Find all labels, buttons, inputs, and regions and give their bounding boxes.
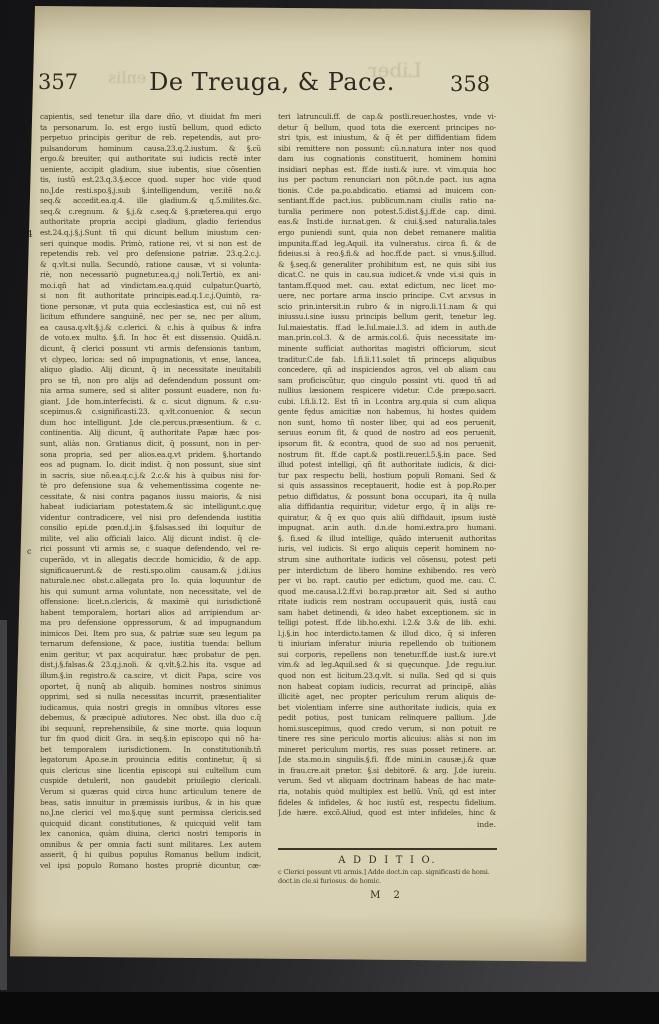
- text-line: est.24.q.j.§.j.Sunt tñ qui dicunt bellum…: [40, 228, 261, 239]
- text-line: quicquid dicant constitutiones, & quicqu…: [40, 819, 261, 830]
- text-line: tè pro defensione sua & vehementissima c…: [40, 481, 261, 492]
- text-line: no.J.ne clerici vel mo.§.quę sunt permis…: [40, 808, 261, 819]
- text-line: eos ad pugnam. Io. dicit indist. q̃ non …: [40, 460, 261, 471]
- additio-line: doct.in cle.si furiosus. de homic.: [278, 877, 503, 886]
- text-line: vel ipsi populo Romano hostes propriè di…: [40, 861, 261, 872]
- text-line: opprimi, sed si nulla necessitas incurri…: [40, 692, 261, 703]
- text-line: l.j.§.in hoc interdicto.tamen & illud di…: [278, 629, 496, 640]
- text-line: §. fi.sed & illud intellige, quãdo inter…: [278, 534, 496, 545]
- text-line: oportet, q̃ nunq̃ ab aliquib. homines no…: [40, 682, 261, 693]
- text-line: sam habet detinendi, & ideo habet except…: [278, 608, 496, 619]
- text-line: vim.& ad leg.Aquil.sed & si quęcunque. J…: [278, 660, 496, 671]
- text-line: si quis assassinos receptauerit, hodie e…: [278, 481, 496, 492]
- show-through-text: enlis: [108, 68, 146, 87]
- text-line: ti iniuriam inferatur iniuria repellendo…: [278, 639, 496, 650]
- text-line: & q.vlt.si nulla. Secundò, ratione causæ…: [40, 260, 261, 271]
- text-line: rici possunt vti armis se, c suaque defe…: [40, 544, 261, 555]
- text-line: alia diffidantia requiritur, videtur erg…: [278, 502, 496, 513]
- text-line: dist.j.§.falsas.& 23.q.j.noli. & q.vlt.§…: [40, 660, 261, 671]
- text-line: his qui sumunt arma voluntate, non neces…: [40, 587, 261, 598]
- text-line: inimicos Dei. Item pro sua, & patriæ suæ…: [40, 629, 261, 640]
- text-line: capientis, sed tenetur illa dare dño, vt…: [40, 112, 261, 123]
- text-line: perpetuo principis geritur de reb. repet…: [40, 133, 261, 144]
- text-line: seri quinque modis. Primò, ratione rei, …: [40, 239, 261, 250]
- text-line: offensione: licet.n.clericis, & maximè q…: [40, 597, 261, 608]
- text-line: ergo.& breuiter, qui authoritate sui iud…: [40, 154, 261, 165]
- text-line: seq.& c.regnum. & §.j.& c.seq.& §.præter…: [40, 207, 261, 218]
- text-line: minente sufficiat authoritas magistri of…: [278, 344, 496, 355]
- text-column-right: teri latrunculi.ff. de cap.& postli.reue…: [278, 112, 496, 819]
- text-line: man.prin.col.3. & de armis.col.6. q̃uis …: [278, 333, 496, 344]
- text-line: ea causa.q.vlt.§.j.& c.clerici. & c.his …: [40, 323, 261, 334]
- text-line: pro se tñ, non pro alijs ad defendendum …: [40, 376, 261, 387]
- text-line: ritate iudicis rem nostram occupauerit q…: [278, 597, 496, 608]
- text-line: si non fit authoritate principis.ead.q.1…: [40, 291, 261, 302]
- text-line: habent temporalem, hortari alios ad arri…: [40, 608, 261, 619]
- text-line: cessitate, & nisi contra paganos iussu m…: [40, 492, 261, 503]
- text-line: de voto.ex multo. §.fi. In hoc ẽt est di…: [40, 333, 261, 344]
- text-line: per interdictum de libero homine exhiben…: [278, 566, 496, 577]
- text-line: tis, iustũ est.23.q.3.§.ecce quod. super…: [40, 175, 261, 186]
- text-line: tione personæ, vt puta quia ecclesiastic…: [40, 302, 261, 313]
- text-line: nostrum fit. ff.de capt.& postli.reuer.l…: [278, 450, 496, 461]
- text-line: milite, vel alio officiali laico. Alij d…: [40, 534, 261, 545]
- text-line: ria, notabis quòd multiplex est bellũ. V…: [278, 787, 496, 798]
- text-line: scio prin.intersit.in rubro & in nigro.l…: [278, 302, 496, 313]
- text-line: nia arma sumere, sed si aliter possunt e…: [40, 386, 261, 397]
- text-line: strum sine authoritate iudicis vel cõsen…: [278, 555, 496, 566]
- running-title: De Treuga, & Pace.: [142, 68, 402, 96]
- text-line: sui corporis, repellens non tenetur.ff.d…: [278, 650, 496, 661]
- text-line: quod non est licitum.23.q.vlt. si nulla.…: [278, 671, 496, 682]
- text-line: debemus, & præcipuè adiutores. Nec obst.…: [40, 713, 261, 724]
- text-line: no.J.de resti.spo.§.j.sub §.intelligendu…: [40, 186, 261, 197]
- text-line: ipsorum fit. & econtra, quod de suo ad n…: [278, 439, 496, 450]
- text-line: iudicamus, quia nostri gregis in omnibus…: [40, 703, 261, 714]
- text-line: repetendis reb. vel pro defensione patri…: [40, 249, 261, 260]
- text-line: Iul.maiestatis. ff.ad le.Iul.maie.l.3. a…: [278, 323, 496, 334]
- text-line: ma pro defensione oppressorum, & ad impu…: [40, 618, 261, 629]
- text-line: lex canonica, quàm diuina, clerici nostr…: [40, 829, 261, 840]
- text-line: licitum effundere sanguinẽ, nec per se, …: [40, 312, 261, 323]
- text-line: enim geritur, vt pax acquiratur. hæc pro…: [40, 650, 261, 661]
- additio-note: c Clerici possunt vti armis.] Adde doct.…: [278, 868, 503, 886]
- text-line: asserit, q̃ hi quibus populus Romanus be…: [40, 850, 261, 861]
- text-line: tionis. C.de pa.po.abdicatio. etiamsi ad…: [278, 186, 496, 197]
- text-line: omnibus & per omnia facti sunt militares…: [40, 840, 261, 851]
- text-line: seruus eorum fit, & quod de nostro ad eo…: [278, 428, 496, 439]
- text-line: tur pax respectu belli, hostium populi R…: [278, 471, 496, 482]
- page-number-right: 358: [450, 72, 490, 96]
- text-line: illicitè aget, nec propter periculum rer…: [278, 692, 496, 703]
- text-line: stri tpis, est iniustum, & q̃ ẽt per dif…: [278, 133, 496, 144]
- additio-line: c Clerici possunt vti armis.] Adde doct.…: [278, 868, 503, 877]
- text-line: fideius.si à reo.§.fi.& ad hoc.ff.de pac…: [278, 249, 496, 260]
- text-line: & §.seq.& generaliter prohibitum est, ne…: [278, 260, 496, 271]
- text-line: sunt, aliàs non. Gratianus dicit, q̃ pos…: [40, 439, 261, 450]
- text-line: mineret periculum mortis, res suas posse…: [278, 745, 496, 756]
- text-line: dam ius cognationis constituerit, homine…: [278, 154, 496, 165]
- text-line: ternarum defensione, & pace, iustitia tu…: [40, 639, 261, 650]
- text-line: uere, nec portare arma inscio principe. …: [278, 291, 496, 302]
- margin-mark-c: c: [27, 547, 31, 556]
- text-line: scepimus.& c.significasti.23. q.vlt.conu…: [40, 407, 261, 418]
- text-line: tur fm quod dicit Gra. in seq.§.in episc…: [40, 734, 261, 745]
- text-line: dum hoc intelligunt. J.de cle.percus.præ…: [40, 418, 261, 429]
- text-line: cuperãdo, vt in allegatis decr.de homici…: [40, 555, 261, 566]
- text-line: illud potest intelligi, qñ fit authorita…: [278, 460, 496, 471]
- text-line: habeat iudiciariam potestatem.& sic inte…: [40, 502, 261, 513]
- text-line: illum.§.in registro.& ca.scire, vt dicit…: [40, 671, 261, 682]
- text-column-left: capientis, sed tenetur illa dare dño, vt…: [40, 112, 261, 871]
- text-line: tinere res sine periculo mortis alicuius…: [278, 734, 496, 745]
- text-line: sam proficiscũtur, quo cingulo possint v…: [278, 376, 496, 387]
- text-line: quis clericus sine licentia episcopi sui…: [40, 766, 261, 777]
- text-line: mo.i.qñ hat ad vindictam.ea.q.quid culpa…: [40, 281, 261, 292]
- text-line: bet violentiam inferre sine authoritate …: [278, 703, 496, 714]
- text-line: sentiant.ff.de pact.ius. publicum.nam ci…: [278, 196, 496, 207]
- text-line: teri latrunculi.ff. de cap.& postli.reue…: [278, 112, 496, 123]
- text-line: beas, satis innuitur in præmissis iuribu…: [40, 798, 261, 809]
- text-line: naturale.nec obst.c.allegata pro Io. qui…: [40, 576, 261, 587]
- text-line: traditur.C.de fab. l.fi.li.11.solet tñ p…: [278, 355, 496, 366]
- text-line: cubi. l.fi.li.12. Est tñ in l.contra arg…: [278, 397, 496, 408]
- text-line: tantam.ff.quod met. cau. extat edictum, …: [278, 281, 496, 292]
- text-line: giant. J.de hom.interfecisti. & c. sicut…: [40, 397, 261, 408]
- text-line: bet temporalem iurisdictionem. In consti…: [40, 745, 261, 756]
- text-line: dicat.C. ne quis in cau.sua iudicet.& vn…: [278, 270, 496, 281]
- text-line: fideles & infideles, & hoc iustũ est, re…: [278, 798, 496, 809]
- text-line: seq.& accedit.ea.q.4. ille gladium.& q.5…: [40, 196, 261, 207]
- text-line: insidiari nephas est. ff.de iusti.& iure…: [278, 165, 496, 176]
- text-line: detur q̃ bellum, quod tota die exercent …: [278, 123, 496, 134]
- text-line: ibi sequunt̃, reprehensibile, & sine mor…: [40, 724, 261, 735]
- text-line: concedere, qñ ad inspiciendos agros, vel…: [278, 365, 496, 376]
- text-line: eas.& Insti.de iur.nat.gen. & ciui.§.sed…: [278, 217, 496, 228]
- book-page: enlis Liber 357 De Treuga, & Pace. 358 4…: [10, 6, 592, 963]
- catchword: inde.: [278, 820, 496, 829]
- section-rule: [278, 848, 497, 850]
- text-line: quod me.causa.l.2.ff.vi bo.rap.prætor ai…: [278, 587, 496, 598]
- text-line: sona propria, sed per alios.ea.q.vt prid…: [40, 450, 261, 461]
- signature-mark: M 2: [278, 890, 497, 901]
- text-line: pedit potius, post tunicam relinquere pa…: [278, 713, 496, 724]
- text-line: Verum si quæras quid circa hunc articulu…: [40, 787, 261, 798]
- text-line: vt clypeo, lorica: sed nõ impugnationis,…: [40, 355, 261, 366]
- text-line: iniussu.i.sine iussu principis bellum ge…: [278, 312, 496, 323]
- text-line: in frau.cre.ait prætor. §.si debitorẽ. &…: [278, 766, 496, 777]
- text-line: petuo diffidatus, & possunt bona occupar…: [278, 492, 496, 503]
- text-line: impugnat. ar.in auth. d.n.de homi.extra.…: [278, 523, 496, 534]
- text-line: nullius læsionem respicere videtur. C.de…: [278, 386, 496, 397]
- text-line: ergo puniendi sunt, quia non debet reman…: [278, 228, 496, 239]
- text-line: ta personarum. Io. est ergo iustũ bellum…: [40, 123, 261, 134]
- text-line: iuris, vel iudicis. Si ergo aliquis cepe…: [278, 544, 496, 555]
- text-line: per vi bo. rapt. cautio per edictum, quo…: [278, 576, 496, 587]
- text-line: continentia. Alij dicunt, q̃ authoritate…: [40, 428, 261, 439]
- text-line: authoritate propria accipi gladium, glad…: [40, 217, 261, 228]
- text-line: homi.suscepimus, quod credo verum, si no…: [278, 724, 496, 735]
- text-line: turalia perimere non potest.5.dist.§.j.f…: [278, 207, 496, 218]
- text-line: J.de hære. excõ.Aliud, quod est inter in…: [278, 808, 496, 819]
- scanned-book-page-photo: enlis Liber 357 De Treuga, & Pace. 358 4…: [0, 0, 659, 1024]
- text-line: cuspide detulerit, non gaudebit priuileg…: [40, 776, 261, 787]
- text-line: videntur contradicere, vel nisi pro defe…: [40, 513, 261, 524]
- text-line: significauerunt.& de resti.spo.olim caus…: [40, 566, 261, 577]
- text-line: gente fędus amicitiæ non habemus, hi hos…: [278, 407, 496, 418]
- additio-heading: A D D I T I O.: [278, 855, 497, 866]
- text-line: pulsandorum hominum causa.23.q.2.iustum.…: [40, 144, 261, 155]
- text-line: aliquo gladio. Alij dicunt, q̃ in necess…: [40, 365, 261, 376]
- text-line: dicunt, q̃ clerici possunt vti armis def…: [40, 344, 261, 355]
- text-line: consilio epi.de pœn.d.j.in §.falsas.sed …: [40, 523, 261, 534]
- text-line: legatorum Apo.se.in prouincia editis con…: [40, 755, 261, 766]
- page-number-left: 357: [38, 70, 78, 94]
- text-line: impunita.ff.ad leg.Aquil. ita vulneratus…: [278, 239, 496, 250]
- book-edge-shadow: [0, 620, 7, 990]
- text-line: riè, non necessariò pugnetur.ea.q.j noli…: [40, 270, 261, 281]
- text-line: ueniente, accipit gladium, siue iubentis…: [40, 165, 261, 176]
- text-line: J.de sta.mo.in singulis.§.fi. ff.de mini…: [278, 755, 496, 766]
- text-line: non sunt, homo tñ noster liber, qui ad e…: [278, 418, 496, 429]
- text-line: non habeat copiam iudicis, recurrat ad p…: [278, 682, 496, 693]
- text-line: sibi remittere non possunt: cũ.n.natura …: [278, 144, 496, 155]
- text-line: telligi potest. ff.de lib.ho.exhi. l.2.&…: [278, 618, 496, 629]
- text-line: quiratur, & q̃ ex quo quis aliũ diffidau…: [278, 513, 496, 524]
- text-line: in sacris, siue nõ.ea.q.c.j.& 2.c.& his …: [40, 471, 261, 482]
- text-line: ius per pactum renunciari non põt.n.de p…: [278, 175, 496, 186]
- text-line: verum. Sed vt aliquam doctrinam habeas d…: [278, 776, 496, 787]
